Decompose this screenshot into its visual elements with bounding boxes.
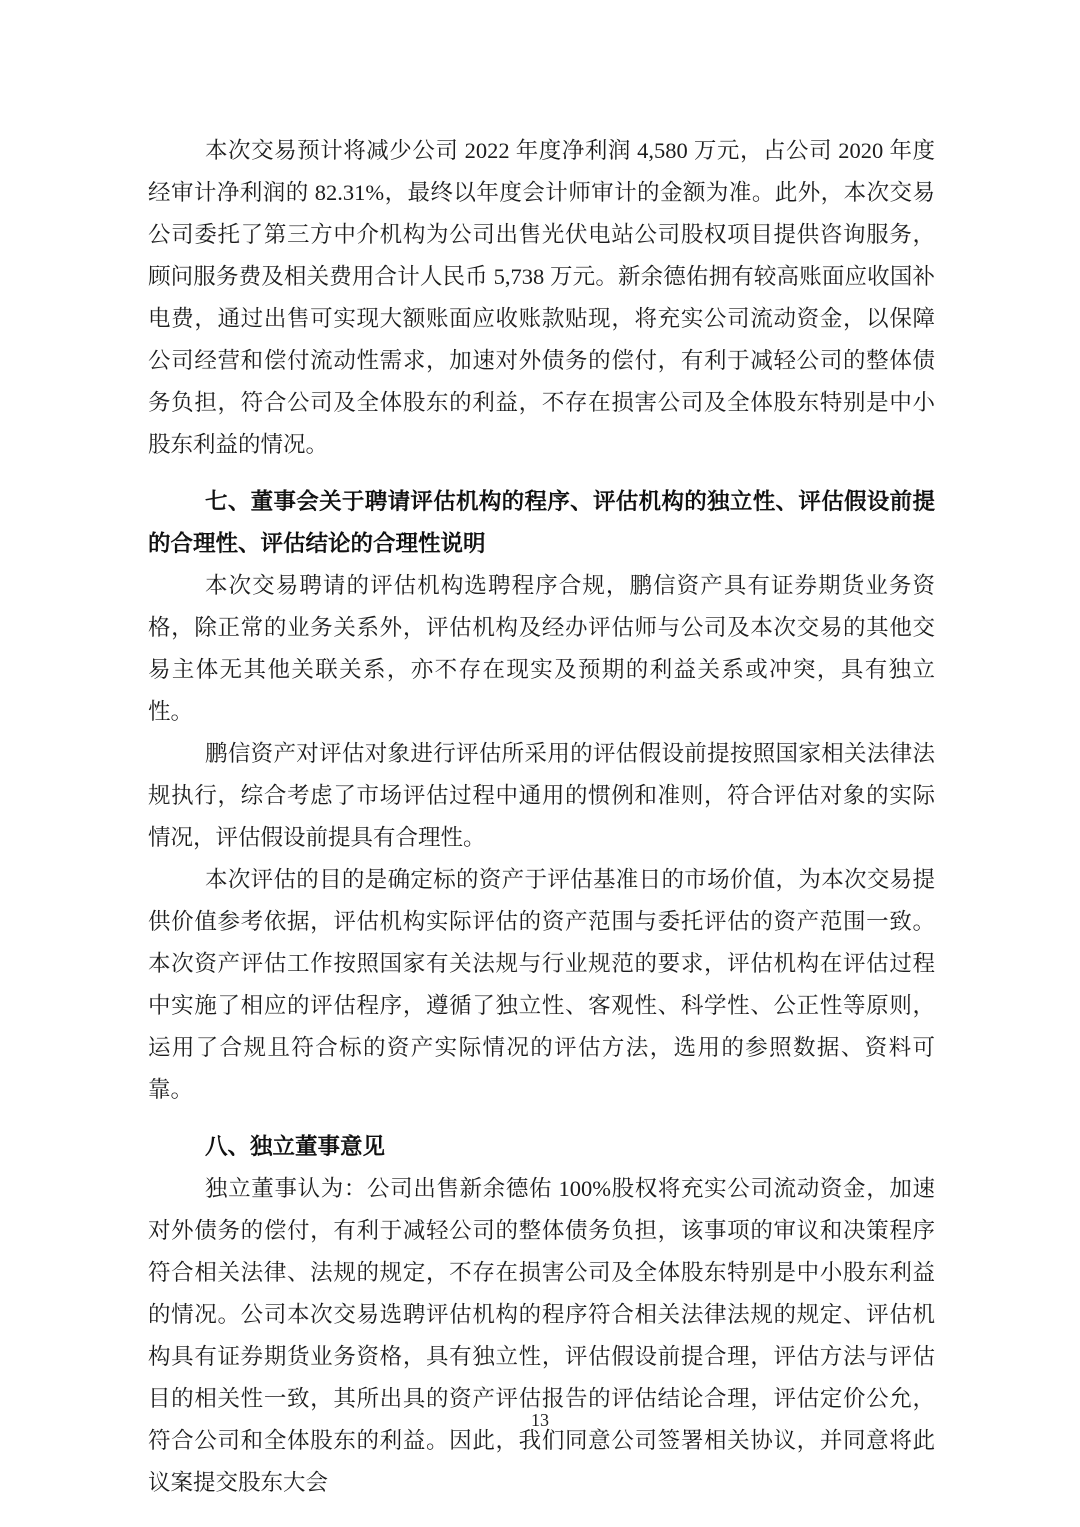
document-page: 本次交易预计将减少公司 2022 年度净利润 4,580 万元，占公司 2020…	[0, 0, 1080, 1527]
paragraph-independent-directors-opinion: 独立董事认为：公司出售新余德佑 100%股权将充实公司流动资金，加速对外债务的偿…	[148, 1168, 935, 1504]
section-heading-7-appraisal-procedure: 七、董事会关于聘请评估机构的程序、评估机构的独立性、评估假设前提的合理性、评估结…	[148, 481, 935, 565]
page-number: 13	[0, 1408, 1080, 1432]
paragraph-assessment-purpose: 本次评估的目的是确定标的资产于评估基准日的市场价值，为本次交易提供价值参考依据，…	[148, 859, 935, 1111]
paragraph-deal-impact: 本次交易预计将减少公司 2022 年度净利润 4,580 万元，占公司 2020…	[148, 130, 935, 466]
paragraph-assessment-assumptions: 鹏信资产对评估对象进行评估所采用的评估假设前提按照国家相关法律法规执行，综合考虑…	[148, 733, 935, 859]
section-heading-8-independent-directors: 八、独立董事意见	[148, 1126, 935, 1168]
paragraph-appraiser-engagement: 本次交易聘请的评估机构选聘程序合规，鹏信资产具有证券期货业务资格，除正常的业务关…	[148, 565, 935, 733]
